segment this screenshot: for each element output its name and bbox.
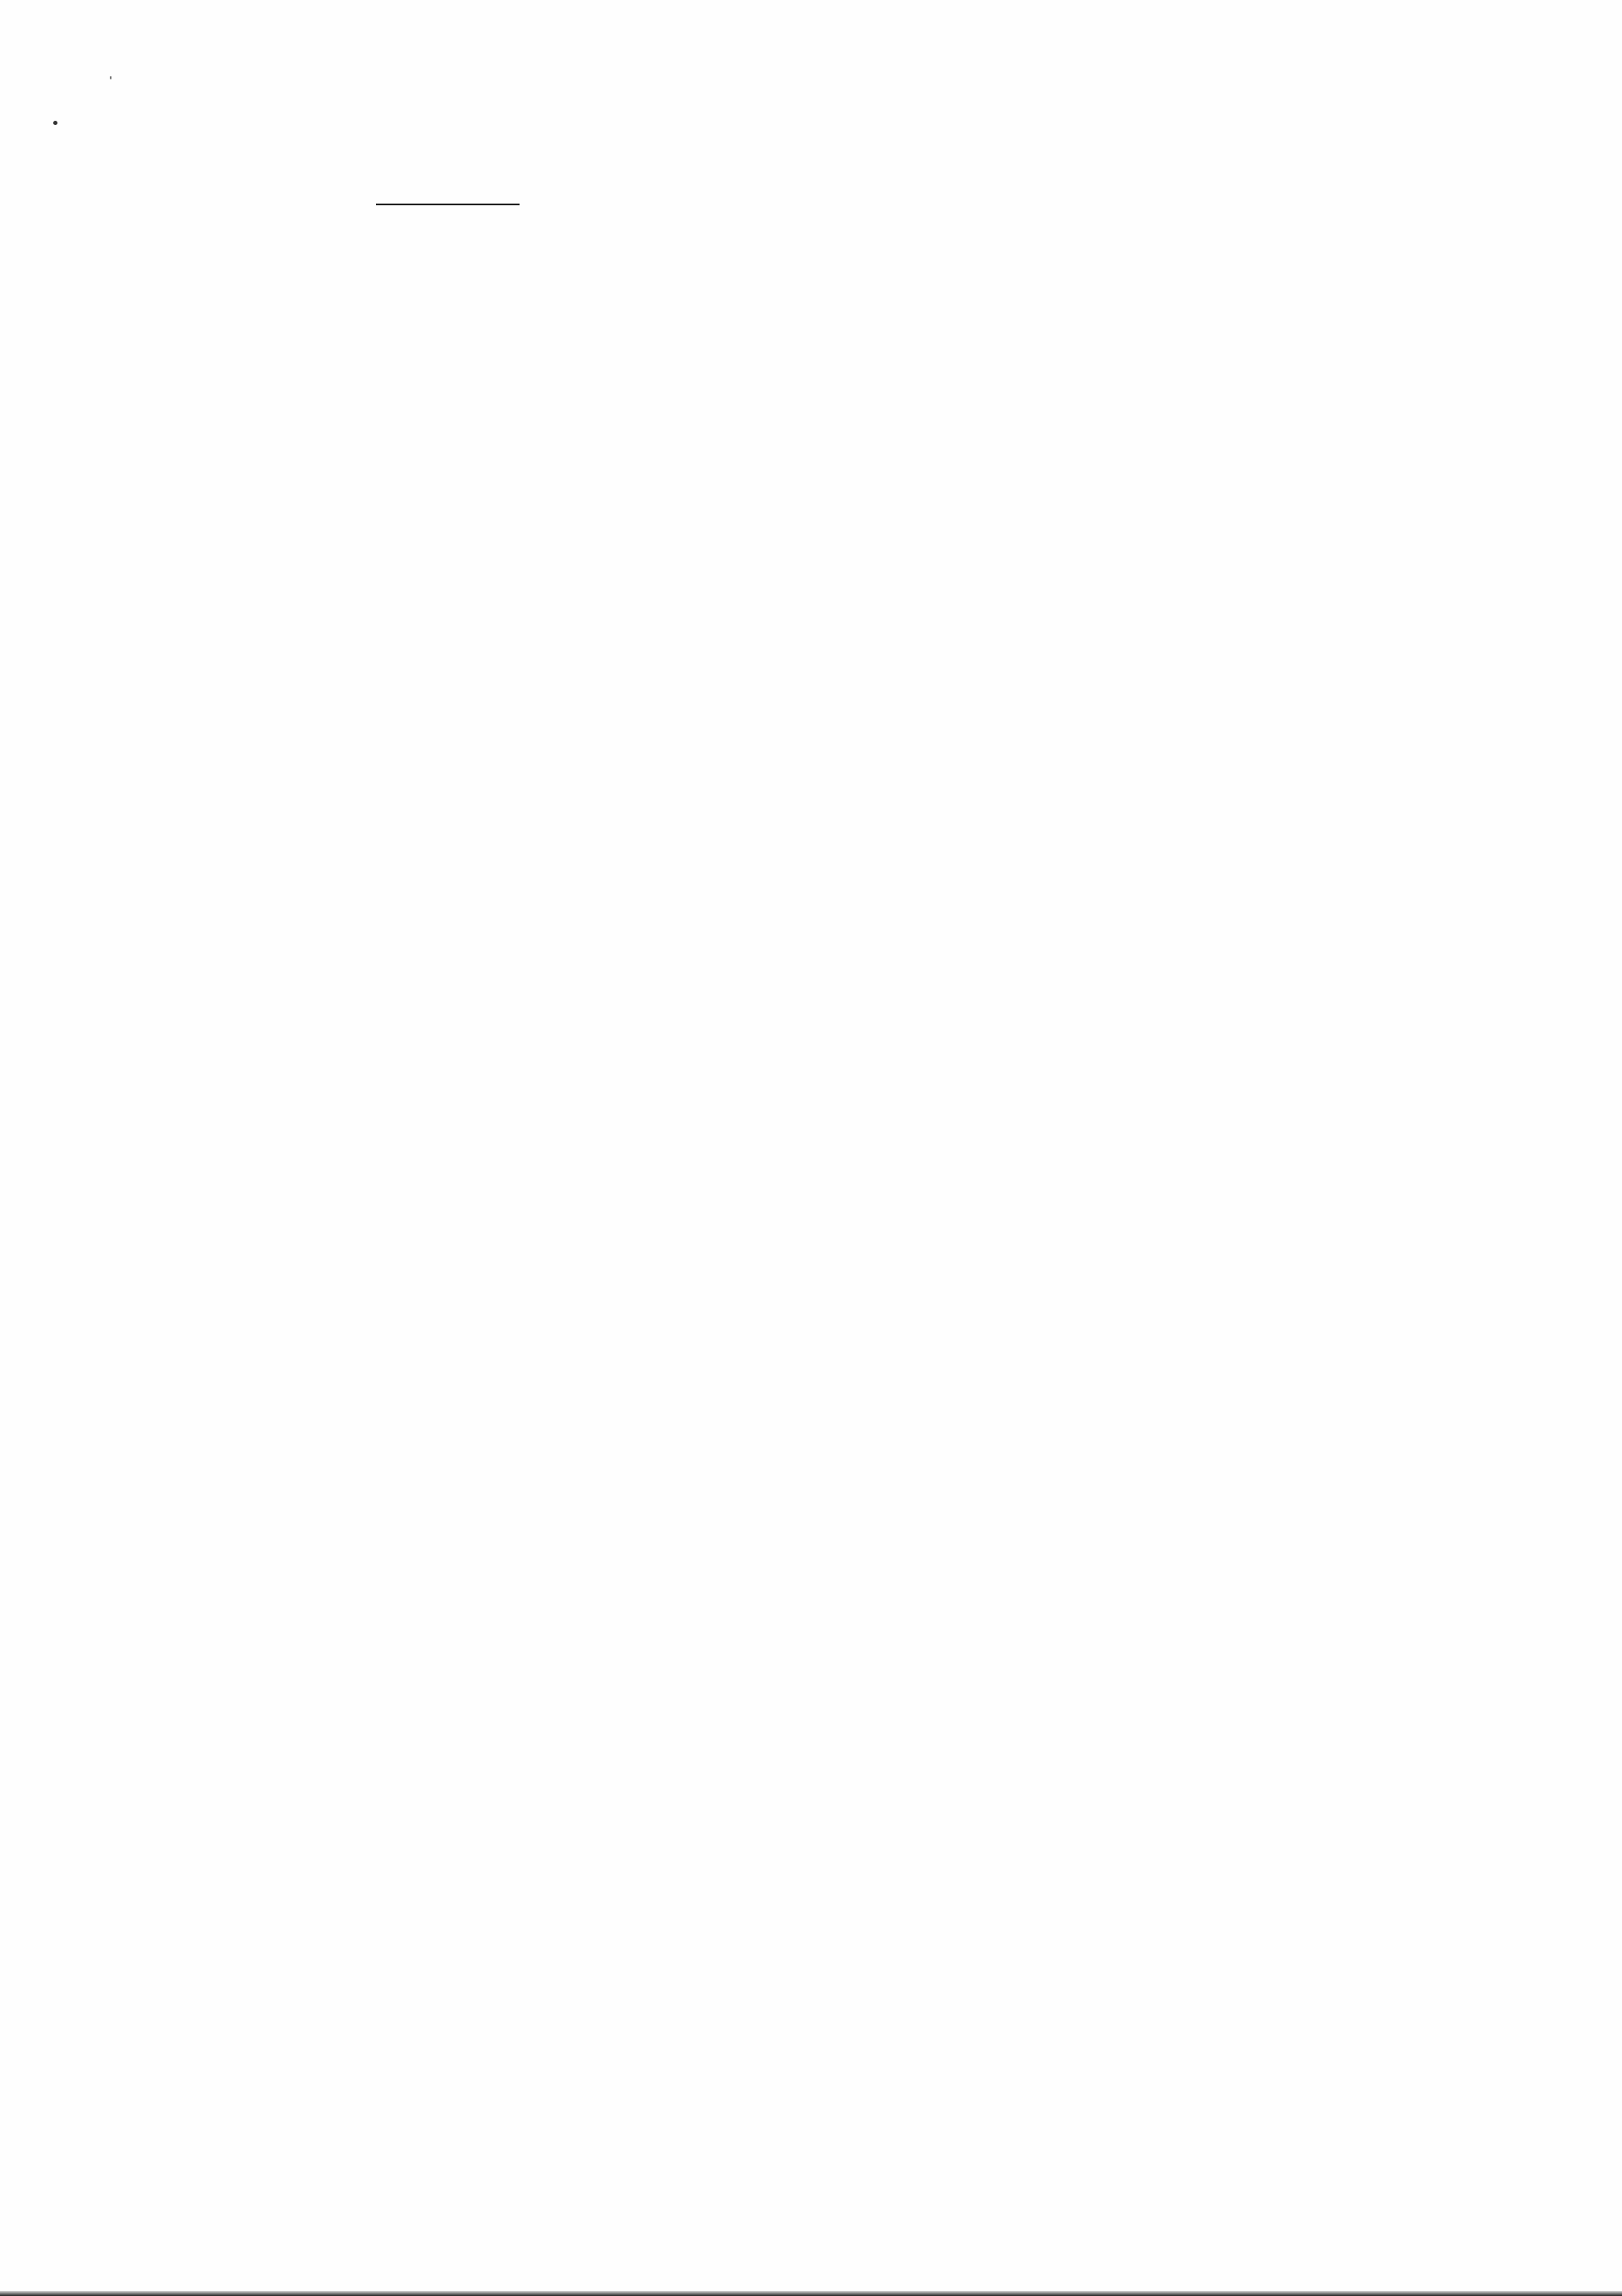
- issuer-underline: [376, 204, 520, 205]
- document-body: [221, 438, 1519, 458]
- official-seal-icon: [291, 80, 562, 401]
- scan-bottom-edge: [0, 2291, 1622, 2296]
- scan-speck: [53, 121, 57, 125]
- official-seal-icon: [1453, 1009, 1622, 1330]
- national-header: [659, 156, 1504, 200]
- issuer-header: [253, 156, 642, 205]
- document-page: [0, 0, 1622, 2296]
- scan-speck: [110, 76, 112, 79]
